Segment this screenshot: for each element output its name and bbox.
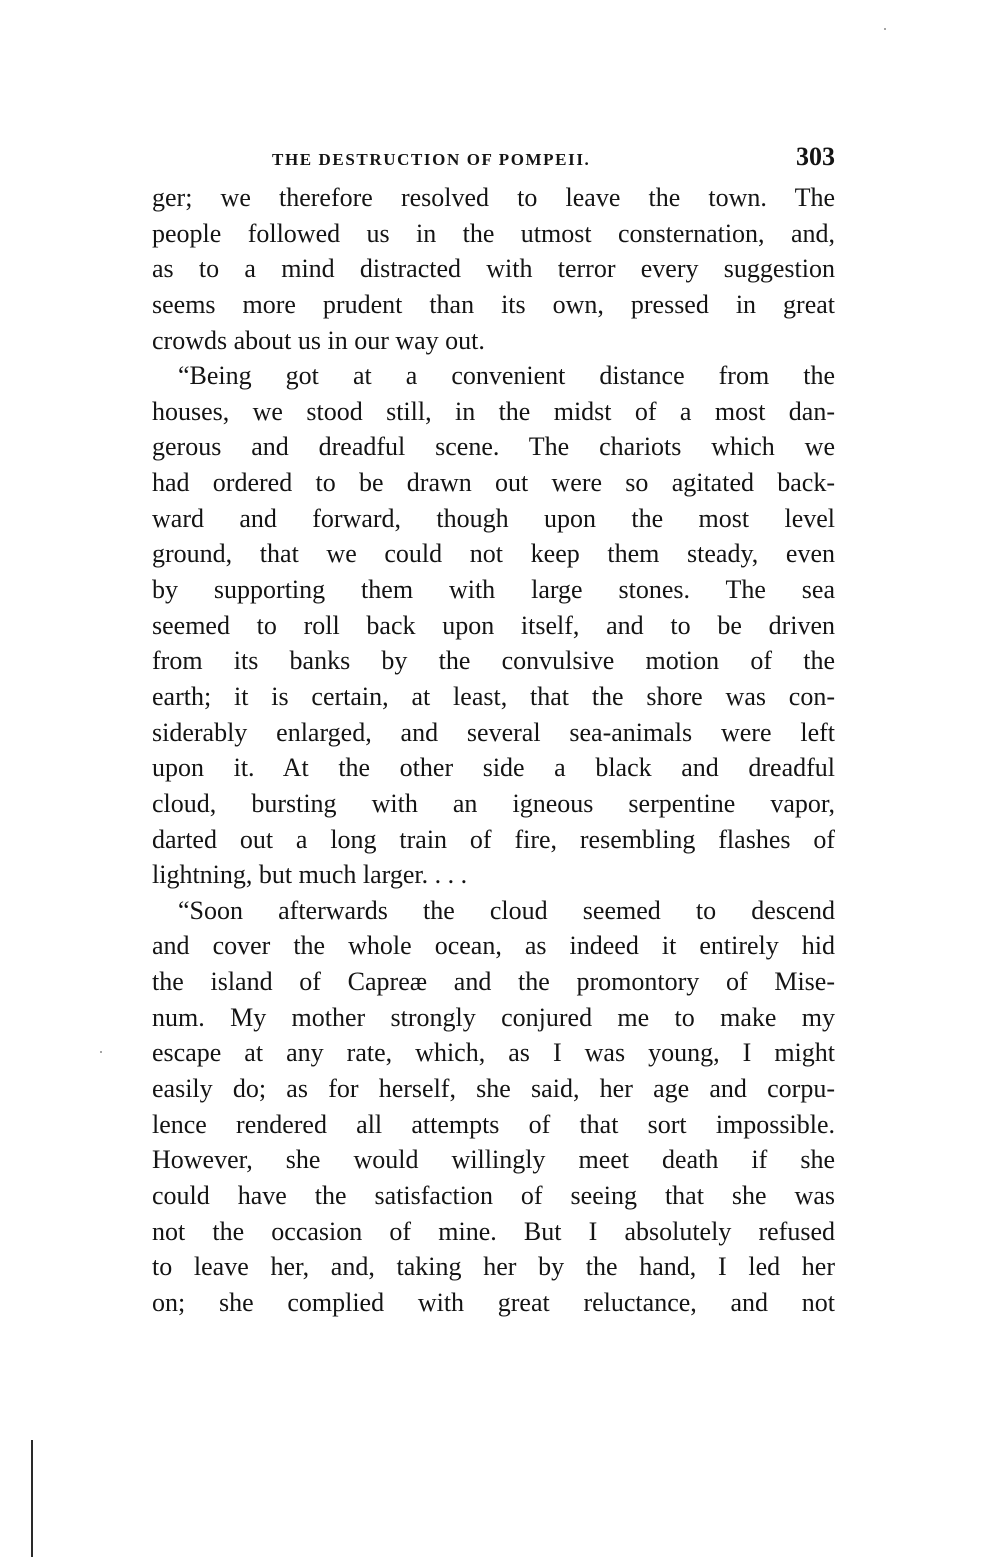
text-line: and cover the whole ocean, as indeed it … (152, 928, 835, 964)
book-page: THE DESTRUCTION OF POMPEII. 303 ger; we … (0, 0, 1000, 1557)
text-line: lence rendered all attempts of that sort… (152, 1107, 835, 1143)
text-line: earth; it is certain, at least, that the… (152, 679, 835, 715)
running-title: THE DESTRUCTION OF POMPEII. (272, 150, 590, 170)
text-line: crowds about us in our way out. (152, 323, 835, 359)
text-line: ground, that we could not keep them stea… (152, 536, 835, 572)
scan-speck (884, 28, 886, 30)
text-line: from its banks by the convulsive motion … (152, 643, 835, 679)
text-line: However, she would willingly meet death … (152, 1142, 835, 1178)
text-line: could have the satisfaction of seeing th… (152, 1178, 835, 1214)
text-line: to leave her, and, taking her by the han… (152, 1249, 835, 1285)
text-line: by supporting them with large stones. Th… (152, 572, 835, 608)
page-number: 303 (796, 142, 835, 172)
text-line: houses, we stood still, in the midst of … (152, 394, 835, 430)
text-line: num. My mother strongly conjured me to m… (152, 1000, 835, 1036)
text-line: on; she complied with great reluctance, … (152, 1285, 835, 1321)
text-line: ward and forward, though upon the most l… (152, 501, 835, 537)
text-line: the island of Capreæ and the promontory … (152, 964, 835, 1000)
text-line: not the occasion of mine. But I absolute… (152, 1214, 835, 1250)
text-line: cloud, bursting with an igneous serpenti… (152, 786, 835, 822)
text-line: as to a mind distracted with terror ever… (152, 251, 835, 287)
text-line: gerous and dreadful scene. The chariots … (152, 429, 835, 465)
scan-speck (100, 1051, 102, 1053)
text-line: seemed to roll back upon itself, and to … (152, 608, 835, 644)
scan-margin-line (31, 1440, 33, 1557)
text-line: people followed us in the utmost conster… (152, 216, 835, 252)
text-line: darted out a long train of fire, resembl… (152, 822, 835, 858)
text-line: escape at any rate, which, as I was youn… (152, 1035, 835, 1071)
text-line: ger; we therefore resolved to leave the … (152, 180, 835, 216)
running-head: THE DESTRUCTION OF POMPEII. 303 (152, 142, 835, 178)
paragraph-start-line: “Soon afterwards the cloud seemed to des… (152, 893, 835, 929)
text-line: lightning, but much larger. . . . (152, 857, 835, 893)
paragraph-start-line: “Being got at a convenient distance from… (152, 358, 835, 394)
body-text: ger; we therefore resolved to leave the … (152, 180, 835, 1321)
text-line: siderably enlarged, and several sea-anim… (152, 715, 835, 751)
text-line: had ordered to be drawn out were so agit… (152, 465, 835, 501)
text-line: easily do; as for herself, she said, her… (152, 1071, 835, 1107)
text-line: seems more prudent than its own, pressed… (152, 287, 835, 323)
text-line: upon it. At the other side a black and d… (152, 750, 835, 786)
